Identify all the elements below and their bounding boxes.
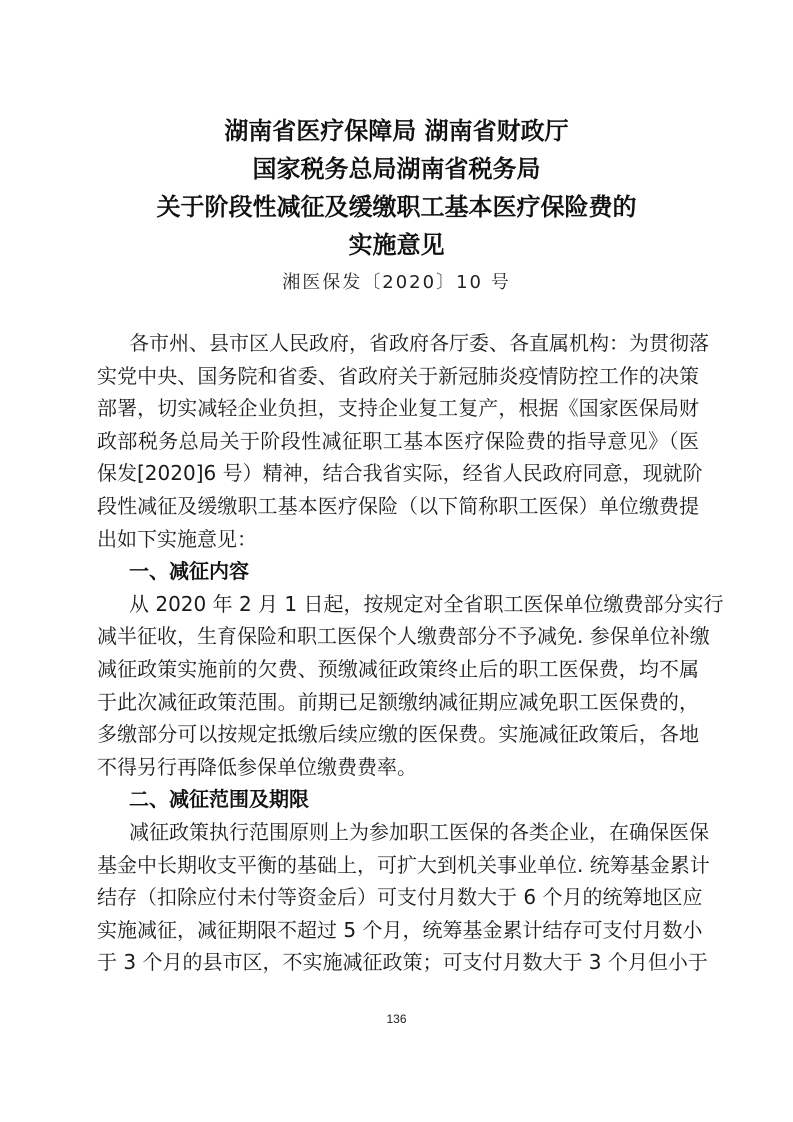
body-line: 部署，切实减轻企业负担，支持企业复工复产，根据《国家医保局财 bbox=[97, 392, 699, 425]
title-line-1: 湖南省医疗保障局 湖南省财政厅 bbox=[0, 112, 793, 150]
body-line: 减征政策实施前的欠费、预缴减征政策终止后的职工医保费，均不属 bbox=[97, 653, 699, 686]
body-line: 基金中长期收支平衡的基础上，可扩大到机关事业单位. 统筹基金累计 bbox=[97, 849, 699, 882]
section-heading-1: 一、减征内容 bbox=[97, 555, 699, 588]
body-line: 从 2020 年 2 月 1 日起，按规定对全省职工医保单位缴费部分实行 bbox=[97, 588, 699, 621]
document-body: 各市州、县市区人民政府，省政府各厅委、各直属机构：为贯彻落 实党中央、国务院和省… bbox=[97, 327, 699, 979]
body-line: 各市州、县市区人民政府，省政府各厅委、各直属机构：为贯彻落 bbox=[97, 327, 699, 360]
body-line: 多缴部分可以按规定抵缴后续应缴的医保费。实施减征政策后，各地 bbox=[97, 718, 699, 751]
body-line: 结存（扣除应付未付等资金后）可支付月数大于 6 个月的统筹地区应 bbox=[97, 881, 699, 914]
section-heading-2: 二、减征范围及期限 bbox=[97, 783, 699, 816]
page-number: 136 bbox=[0, 1012, 793, 1026]
body-line: 段性减征及缓缴职工基本医疗保险（以下简称职工医保）单位缴费提 bbox=[97, 490, 699, 523]
body-line: 于此次减征政策范围。前期已足额缴纳减征期应减免职工医保费的， bbox=[97, 686, 699, 719]
document-page: 湖南省医疗保障局 湖南省财政厅 国家税务总局湖南省税务局 关于阶段性减征及缓缴职… bbox=[0, 0, 793, 1122]
body-line: 减征政策执行范围原则上为参加职工医保的各类企业，在确保医保 bbox=[97, 816, 699, 849]
body-line: 减半征收，生育保险和职工医保个人缴费部分不予减免. 参保单位补缴 bbox=[97, 620, 699, 653]
title-line-2: 国家税务总局湖南省税务局 bbox=[0, 150, 793, 188]
title-line-3: 关于阶段性减征及缓缴职工基本医疗保险费的 bbox=[0, 188, 793, 226]
document-title: 湖南省医疗保障局 湖南省财政厅 国家税务总局湖南省税务局 关于阶段性减征及缓缴职… bbox=[0, 112, 793, 264]
body-line: 实党中央、国务院和省委、省政府关于新冠肺炎疫情防控工作的决策 bbox=[97, 360, 699, 393]
body-line: 出如下实施意见： bbox=[97, 523, 699, 556]
body-line: 实施减征，减征期限不超过 5 个月，统筹基金累计结存可支付月数小 bbox=[97, 914, 699, 947]
body-line: 保发[2020]6 号）精神，结合我省实际，经省人民政府同意，现就阶 bbox=[97, 457, 699, 490]
body-line: 于 3 个月的县市区，不实施减征政策；可支付月数大于 3 个月但小于 bbox=[97, 946, 699, 979]
body-line: 政部税务总局关于阶段性减征职工基本医疗保险费的指导意见》（医 bbox=[97, 425, 699, 458]
document-number: 湘医保发〔2020〕10 号 bbox=[0, 268, 793, 298]
title-line-4: 实施意见 bbox=[0, 226, 793, 264]
body-line: 不得另行再降低参保单位缴费费率。 bbox=[97, 751, 699, 784]
